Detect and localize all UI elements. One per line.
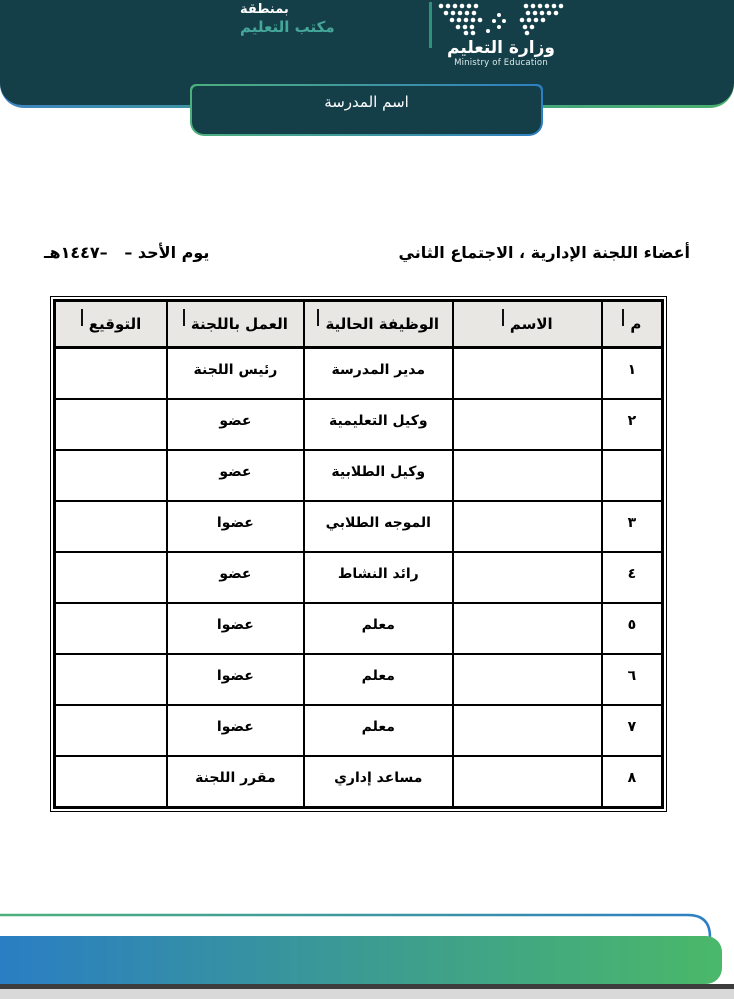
table-cell (55, 705, 168, 756)
table-row: ٢وكيل التعليميةعضو (55, 399, 663, 450)
table-row: ٣الموجه الطلابيعضوا (55, 501, 663, 552)
region-office-block: بمنطقة مكتب التعليم (240, 1, 426, 37)
table-cell (55, 552, 168, 603)
footer-gradient-bar (0, 936, 722, 984)
table-cell: رائد النشاط (304, 552, 453, 603)
school-name-box: اسم المدرسة (192, 86, 541, 134)
table-header-cell: الاسم (453, 301, 602, 348)
table-cell: عضوا (167, 705, 304, 756)
table-row: ٧معلمعضوا (55, 705, 663, 756)
table-cell: عضو (167, 399, 304, 450)
table-header-label: الوظيفة الحالية (317, 315, 439, 333)
table-cell (55, 348, 168, 400)
table-cell: عضوا (167, 654, 304, 705)
table-row: ٨مساعد إداريمقرر اللجنة (55, 756, 663, 808)
table-cell: معلم (304, 654, 453, 705)
table-row: ٦معلمعضوا (55, 654, 663, 705)
table-row: وكيل الطلابيةعضو (55, 450, 663, 501)
table-cell: مساعد إداري (304, 756, 453, 808)
ministry-name-arabic: وزارة التعليم (436, 38, 566, 58)
table-cell: ٥ (602, 603, 663, 654)
ministry-logo-dots-icon (437, 2, 565, 36)
table-cell: الموجه الطلابي (304, 501, 453, 552)
table-cell: ١ (602, 348, 663, 400)
members-table-wrapper: مالاسمالوظيفة الحاليةالعمل باللجنةالتوقي… (50, 296, 667, 812)
table-header-cell: العمل باللجنة (167, 301, 304, 348)
table-cell (453, 756, 602, 808)
ministry-name-english: Ministry of Education (436, 58, 566, 69)
education-office-label: مكتب التعليم (240, 18, 426, 37)
table-header-label: التوقيع (81, 315, 142, 333)
table-cell: ٣ (602, 501, 663, 552)
table-row: ١مدير المدرسةرئيس اللجنة (55, 348, 663, 400)
table-cell: ٨ (602, 756, 663, 808)
footer-gray-strip (0, 989, 734, 999)
table-cell: معلم (304, 603, 453, 654)
document-page: وزارة التعليم Ministry of Education بمنط… (0, 0, 734, 999)
table-cell (55, 654, 168, 705)
members-table: مالاسمالوظيفة الحاليةالعمل باللجنةالتوقي… (53, 299, 664, 809)
table-cell: مقرر اللجنة (167, 756, 304, 808)
table-header-cell: التوقيع (55, 301, 168, 348)
table-header-label: العمل باللجنة (183, 315, 288, 333)
table-cell (453, 399, 602, 450)
table-cell (55, 501, 168, 552)
table-cell: معلم (304, 705, 453, 756)
table-cell (453, 552, 602, 603)
table-cell (453, 603, 602, 654)
table-cell: ٦ (602, 654, 663, 705)
table-cell (55, 756, 168, 808)
table-cell: ٤ (602, 552, 663, 603)
table-cell (55, 603, 168, 654)
table-cell: عضوا (167, 603, 304, 654)
logo-separator-line (429, 2, 432, 48)
table-header-cell: م (602, 301, 663, 348)
table-cell: عضوا (167, 501, 304, 552)
table-row: ٤رائد النشاطعضو (55, 552, 663, 603)
table-cell (453, 501, 602, 552)
table-cell: ٧ (602, 705, 663, 756)
table-header-cell: الوظيفة الحالية (304, 301, 453, 348)
table-cell: عضو (167, 552, 304, 603)
ministry-logo: وزارة التعليم Ministry of Education (436, 2, 566, 69)
region-label: بمنطقة (240, 1, 426, 18)
table-cell: عضو (167, 450, 304, 501)
table-cell: مدير المدرسة (304, 348, 453, 400)
document-title: أعضاء اللجنة الإدارية ، الاجتماع الثاني (399, 243, 690, 262)
table-header-row: مالاسمالوظيفة الحاليةالعمل باللجنةالتوقي… (55, 301, 663, 348)
table-header-label: الاسم (502, 315, 553, 333)
table-cell (55, 450, 168, 501)
table-cell (453, 348, 602, 400)
table-cell (602, 450, 663, 501)
table-header-label: م (622, 315, 641, 333)
table-cell: وكيل الطلابية (304, 450, 453, 501)
members-table-body: ١مدير المدرسةرئيس اللجنة٢وكيل التعليميةع… (55, 348, 663, 808)
school-name-box-border: اسم المدرسة (190, 84, 543, 136)
table-cell (55, 399, 168, 450)
table-cell (453, 705, 602, 756)
document-date: يوم الأحد – –١٤٤٧هـ (44, 243, 209, 262)
table-cell: رئيس اللجنة (167, 348, 304, 400)
table-cell (453, 450, 602, 501)
table-cell (453, 654, 602, 705)
table-cell: ٢ (602, 399, 663, 450)
table-cell: وكيل التعليمية (304, 399, 453, 450)
school-name-label: اسم المدرسة (324, 86, 409, 111)
table-row: ٥معلمعضوا (55, 603, 663, 654)
